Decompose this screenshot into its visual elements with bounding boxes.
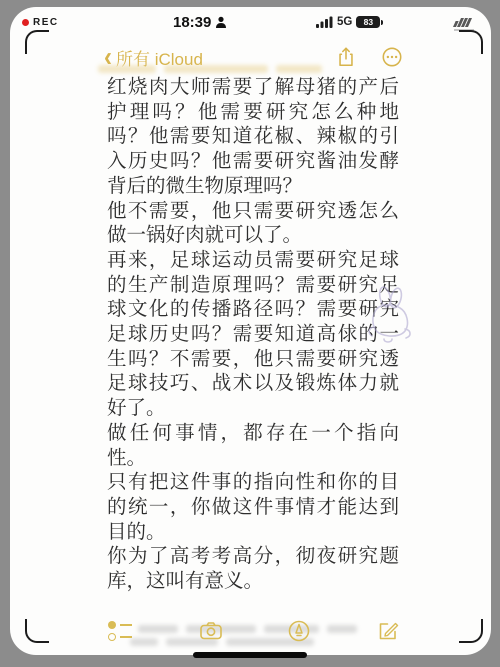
share-icon[interactable] bbox=[335, 46, 357, 68]
bunny-sticker bbox=[355, 283, 421, 349]
phone-screenshot-card: REC 18:39 5G 83 ‹ 所有 iCl bbox=[10, 7, 491, 655]
checklist-icon[interactable] bbox=[108, 620, 134, 642]
crop-corner-top-left bbox=[25, 30, 49, 54]
time-cluster: 18:39 bbox=[173, 14, 227, 31]
home-indicator[interactable] bbox=[193, 652, 307, 658]
rec-indicator: REC bbox=[22, 17, 59, 28]
note-paragraph: 他不需要，他只需要研究透怎么做一锅好肉就可以了。 bbox=[107, 199, 399, 248]
compose-icon[interactable] bbox=[376, 619, 400, 643]
rec-label: REC bbox=[33, 17, 59, 28]
person-icon bbox=[215, 16, 227, 29]
note-paragraph: 做任何事情，都存在一个指向性。 bbox=[107, 421, 399, 470]
status-time: 18:39 bbox=[173, 14, 211, 31]
camera-icon[interactable] bbox=[199, 619, 223, 643]
crop-corner-bottom-left bbox=[25, 619, 49, 643]
notes-toolbar bbox=[108, 619, 400, 643]
network-label: 5G bbox=[337, 16, 352, 28]
more-circle-icon[interactable] bbox=[381, 46, 403, 68]
markup-icon[interactable] bbox=[287, 619, 311, 643]
signal-bars-icon bbox=[316, 16, 333, 28]
rec-dot-icon bbox=[22, 19, 29, 26]
screenshot-photo: { "status_bar": { "rec_label": "REC", "t… bbox=[0, 0, 500, 667]
nav-actions bbox=[335, 46, 403, 68]
battery-icon: 83 bbox=[356, 16, 380, 28]
uploader-watermark-top bbox=[98, 65, 322, 73]
status-right-cluster: 5G 83 bbox=[316, 16, 380, 28]
crop-corner-bottom-right bbox=[459, 619, 483, 643]
note-paragraph: 只有把这件事的指向性和你的目的统一，你做这件事情才能达到目的。 bbox=[107, 470, 399, 544]
status-bar: REC 18:39 5G 83 bbox=[10, 13, 491, 35]
note-paragraph: 你为了高考考高分，彻夜研究题库，这叫有意义。 bbox=[107, 544, 399, 593]
note-paragraph: 红烧肉大师需要了解母猪的产后护理吗？他需要研究怎么种地吗？他需要知道花椒、辣椒的… bbox=[107, 75, 399, 199]
logo-bars-icon bbox=[453, 18, 479, 27]
crop-corner-top-right bbox=[459, 30, 483, 54]
